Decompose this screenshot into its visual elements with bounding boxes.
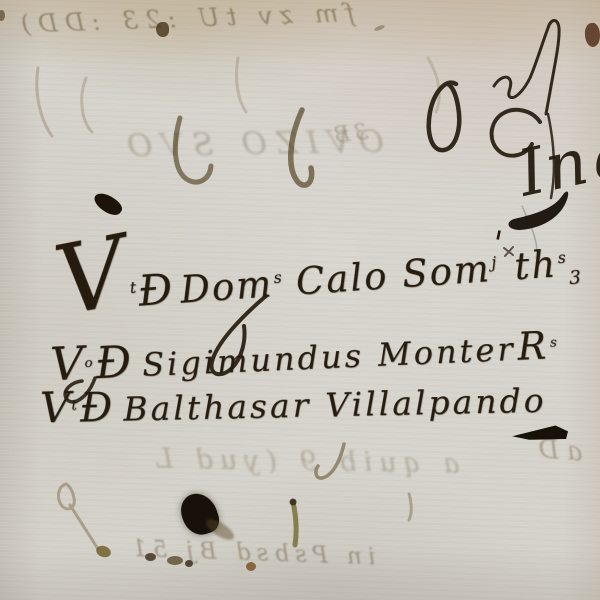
ink-blot-tail: [203, 515, 237, 543]
bleed-tick-right-bottom: [409, 494, 411, 520]
bleed-stroke-1: [37, 68, 52, 136]
rubric-descender: [548, 114, 554, 198]
rubric-oval-loop: [429, 83, 459, 151]
manuscript-photo: fm zv tU :23 :DD) OVIZO SVO 3B a quib 9 …: [0, 0, 600, 600]
signature-3-word: Balthasar: [123, 386, 312, 429]
rubric-tall-loop: [494, 21, 559, 115]
bleedthrough-text-below: a quib 9 (yud L: [148, 443, 460, 479]
signature-1-word-sub: 3: [568, 267, 583, 289]
ink-spot: [185, 560, 193, 567]
ink-spot: [246, 562, 256, 571]
bleed-needle-loop: [59, 484, 98, 549]
signature-1-particle: Ð: [137, 264, 176, 315]
bleedthrough-text-middle: OVIZO SVO: [118, 124, 384, 165]
ink-blot-left-edge: [0, 10, 5, 21]
signature-3-initial-sup: t: [71, 398, 80, 414]
signature-2-word: Monter: [377, 330, 516, 374]
signature-1-word: th: [513, 242, 559, 288]
signature-1-word-sup: s: [557, 248, 568, 267]
signature-2-word-sup: s: [550, 335, 561, 350]
signature-2-initial-sup: o: [84, 356, 96, 371]
signature-3-particle: Ð: [80, 385, 116, 432]
signature-line-3: V t Ð Balthasar Villalpando: [40, 373, 547, 433]
bleedthrough-text-top: fm zv tU :23 :DD): [14, 0, 355, 39]
signature-1-word: Dom: [179, 262, 275, 311]
olive-ink-dash: [293, 502, 296, 545]
bleed-needle-blob: [95, 544, 113, 559]
ink-blot-top-row: [156, 22, 169, 37]
bleedthrough-text-mid-right: 3B: [329, 120, 370, 149]
ink-spot: [145, 553, 156, 561]
signature-1-word: Som: [401, 247, 493, 296]
signature-1-initial: V: [47, 214, 136, 337]
olive-dash-dark-cap: [290, 499, 297, 506]
rubric-round-loop: [492, 110, 540, 156]
ink-tick-top: [374, 24, 386, 32]
end-dash-mark: [512, 422, 569, 441]
signature-3-initial: V: [40, 383, 71, 433]
bleed-stroke-4: [428, 58, 439, 112]
bleedthrough-text-bottom: in Psbsd Bj 51: [126, 536, 376, 571]
signature-1-word: Calo: [294, 254, 389, 303]
bleed-curl-below-line3: [316, 444, 344, 478]
ink-blot-large: [176, 489, 222, 540]
signature-1-word-sup: s: [273, 268, 284, 287]
signature-line-1: V t Ð Dom s Calo Som j th s 3: [53, 186, 585, 334]
bleed-curl-right: [291, 110, 312, 185]
bleed-stroke-3: [236, 58, 246, 112]
bleed-stroke-2: [82, 78, 92, 132]
signature-3-word: Villalpando: [325, 381, 547, 425]
signature-1-initial-sup: t: [129, 278, 138, 297]
ink-spot: [167, 556, 183, 565]
bleed-curl-left: [175, 118, 211, 182]
signature-2-word-tail: R: [517, 323, 551, 368]
ink-blot-right-edge: [583, 22, 600, 48]
